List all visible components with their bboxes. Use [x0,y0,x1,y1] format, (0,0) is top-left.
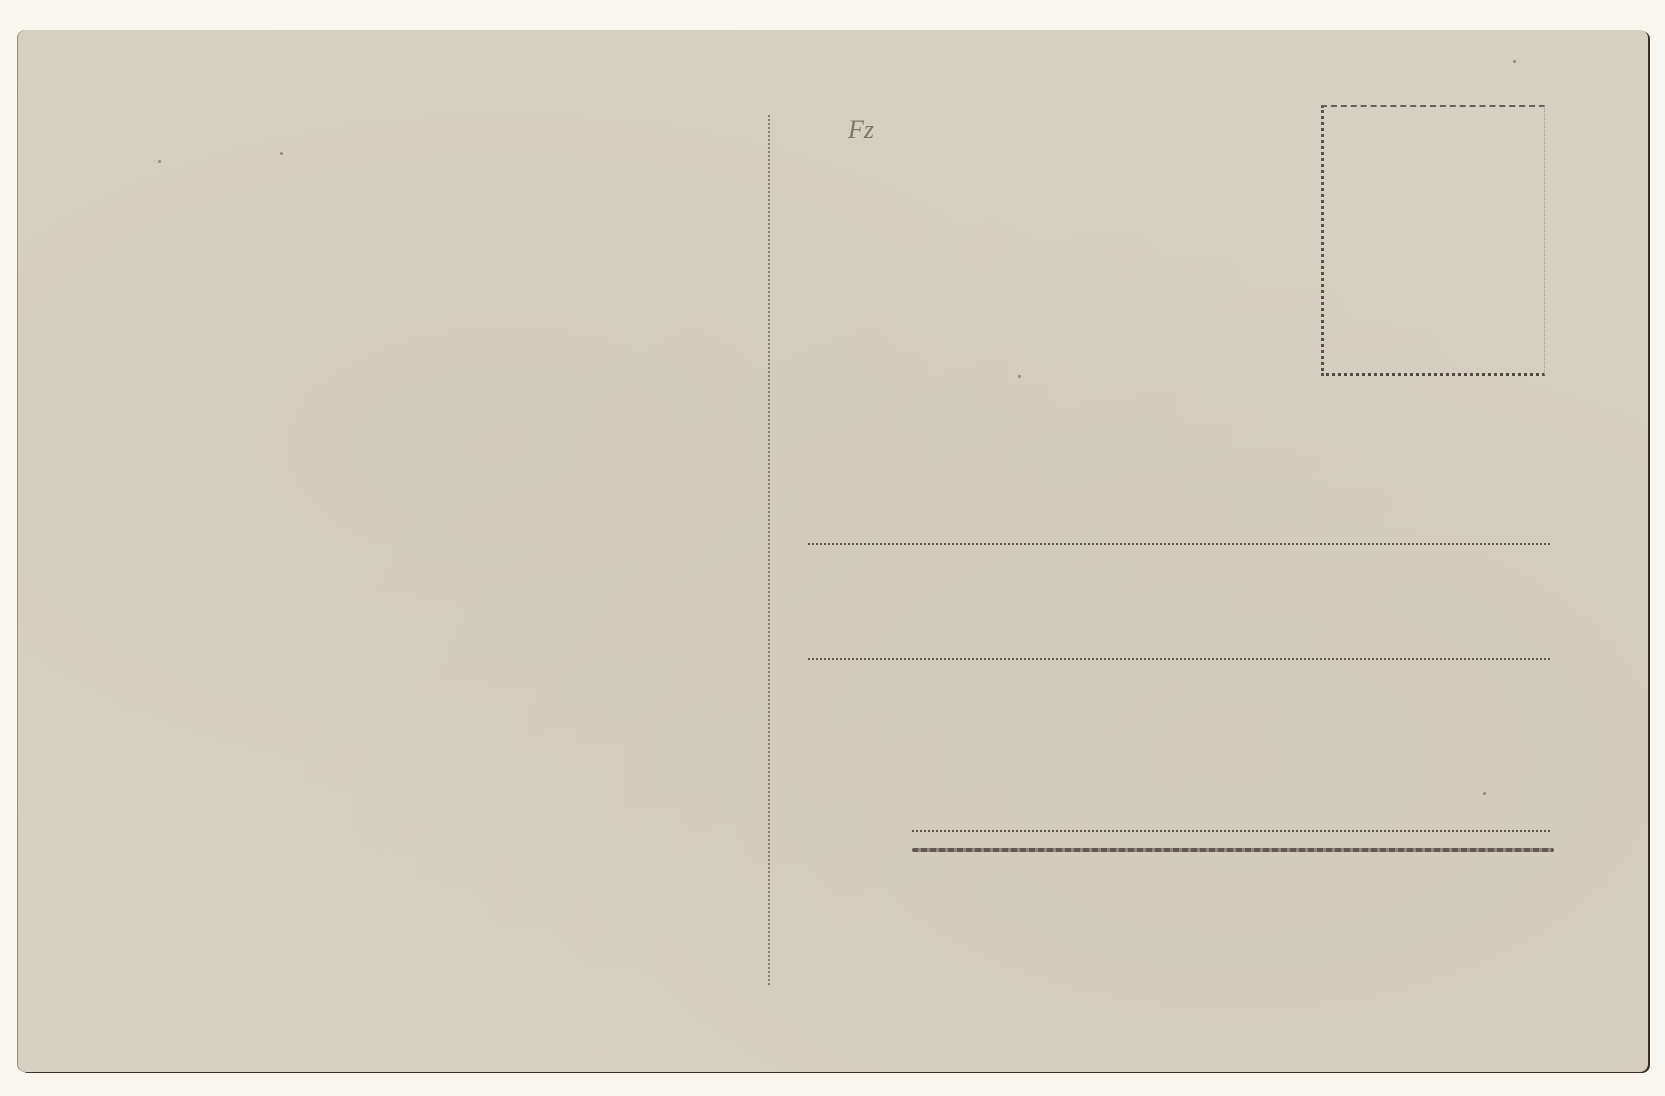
paper-speck [1513,60,1516,63]
handwritten-mark: Fz [848,115,874,145]
vertical-divider [768,115,770,985]
address-line-2 [808,658,1550,660]
address-line-4 [912,848,1554,852]
paper-speck [158,160,161,163]
address-line-3 [912,830,1550,832]
paper-speck [1483,792,1486,795]
paper-speck [1018,375,1021,378]
paper-speck [280,152,283,155]
stamp-box [1321,105,1545,376]
postcard-back: Fz [18,30,1648,1072]
address-line-1 [808,543,1550,545]
